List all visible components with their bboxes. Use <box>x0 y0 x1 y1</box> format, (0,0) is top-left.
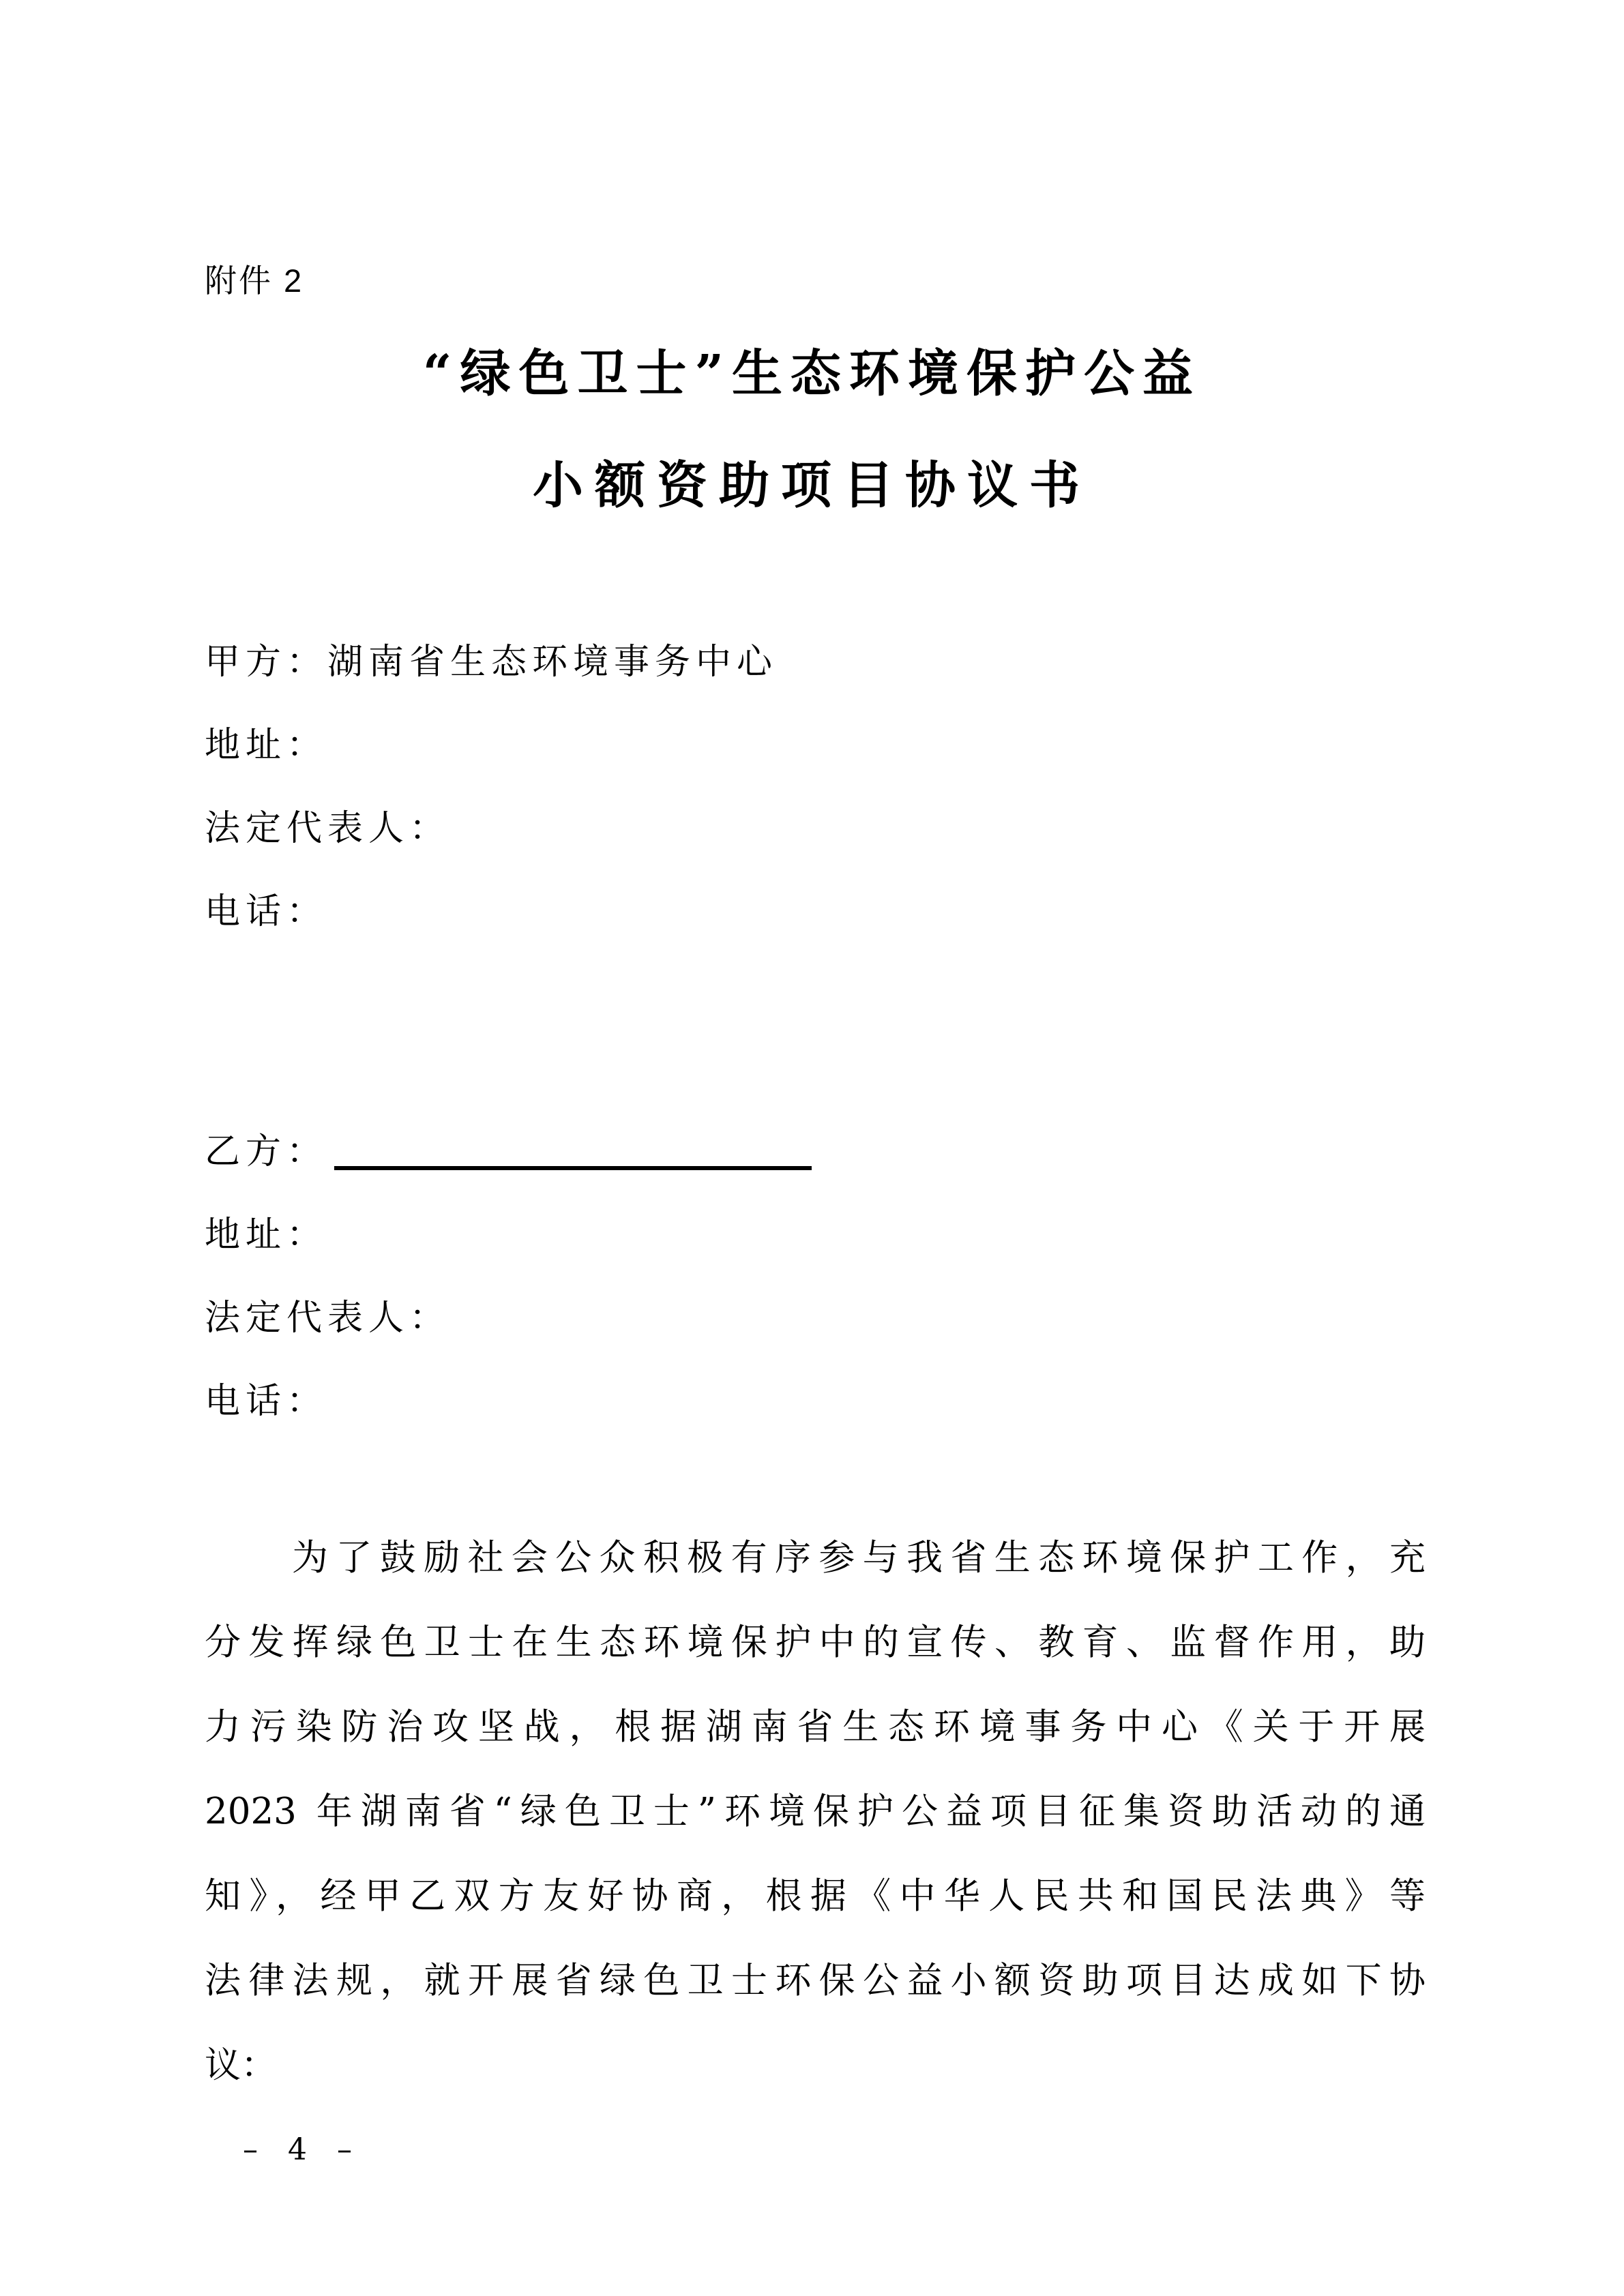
paragraph-line: 议： <box>205 2023 1426 2108</box>
paragraph-line: 知》，经甲乙双方友好协商，根据《中华人民共和国民法典》等 <box>205 1854 1426 1939</box>
paragraph-line: 法律法规，就开展省绿色卫士环保公益小额资助项目达成如下协 <box>205 1939 1426 2023</box>
party-a-name-row: 甲方：湖南省生态环境事务中心 <box>205 621 1426 704</box>
party-b-legal-representative-label: 法定代表人： <box>205 1298 450 1339</box>
party-b-name-label: 乙方： <box>205 1131 327 1172</box>
party-a-address-label: 地址： <box>205 725 327 766</box>
party-a-address-row: 地址： <box>205 704 1426 787</box>
party-a-phone-label: 电话： <box>205 891 327 932</box>
paragraph-line: 分发挥绿色卫士在生态环境保护中的宣传、教育、监督作用，助 <box>205 1600 1426 1685</box>
party-b-name-row: 乙方： <box>205 1110 1426 1193</box>
party-b-address-label: 地址： <box>205 1214 327 1255</box>
party-a-legal-representative-label: 法定代表人： <box>205 808 450 849</box>
party-a-name-value: 湖南省生态环境事务中心 <box>327 642 778 683</box>
attachment-label: 附件 2 <box>205 261 304 301</box>
body-paragraph: 为了鼓励社会公众积极有序参与我省生态环境保护工作，充 分发挥绿色卫士在生态环境保… <box>205 1516 1426 2108</box>
paragraph-line: 为了鼓励社会公众积极有序参与我省生态环境保护工作，充 <box>205 1516 1426 1600</box>
party-a-section: 甲方：湖南省生态环境事务中心 地址： 法定代表人： 电话： <box>205 621 1426 953</box>
document-title-line2: 小额资助项目协议书 <box>0 454 1624 517</box>
party-a-phone-row: 电话： <box>205 870 1426 953</box>
document-title-line1: “绿色卫士”生态环境保护公益 <box>0 342 1624 405</box>
party-b-phone-row: 电话： <box>205 1360 1426 1443</box>
party-b-phone-label: 电话： <box>205 1381 327 1422</box>
party-a-name-label: 甲方： <box>205 642 327 683</box>
document-page: 附件 2 “绿色卫士”生态环境保护公益 小额资助项目协议书 甲方：湖南省生态环境… <box>0 0 1624 2296</box>
party-b-section: 乙方： 地址： 法定代表人： 电话： <box>205 1110 1426 1443</box>
party-b-legal-representative-row: 法定代表人： <box>205 1277 1426 1360</box>
footer-page-number: – 4 – <box>243 2132 357 2168</box>
party-b-address-row: 地址： <box>205 1193 1426 1277</box>
party-b-name-blank-line <box>334 1131 812 1170</box>
paragraph-line: 2023 年湖南省“绿色卫士”环境保护公益项目征集资助活动的通 <box>205 1770 1426 1854</box>
party-a-legal-representative-row: 法定代表人： <box>205 787 1426 870</box>
paragraph-line: 力污染防治攻坚战，根据湖南省生态环境事务中心《关于开展 <box>205 1685 1426 1770</box>
